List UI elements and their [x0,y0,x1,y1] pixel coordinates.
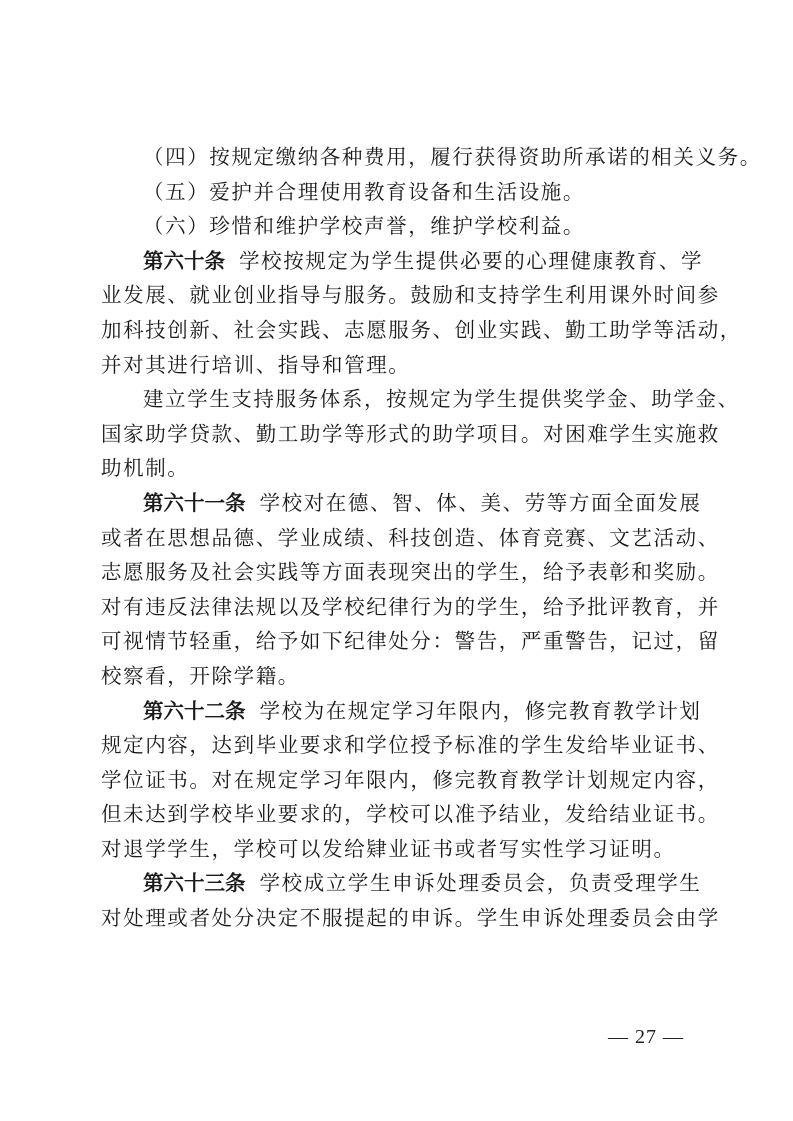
article-60-heading: 第六十条 [143,249,225,273]
article-63-text: 学校成立学生申诉处理委员会，负责受理学生 [260,871,702,895]
page-number: — 27 — [608,1026,688,1049]
article-61-line-4: 对有违反法律法规以及学校纪律行为的学生，给予批评教育，并 [101,590,681,625]
document-page: （四）按规定缴纳各种费用，履行获得资助所承诺的相关义务。 （五）爱护并合理使用教… [101,140,681,936]
article-62-line-4: 但未达到学校毕业要求的，学校可以准予结业，发给结业证书。 [101,797,681,832]
article-60-line-1: 第六十条学校按规定为学生提供必要的心理健康教育、学 [101,244,681,279]
list-item-four: （四）按规定缴纳各种费用，履行获得资助所承诺的相关义务。 [101,140,681,175]
article-63-line-2: 对处理或者处分决定不服提起的申诉。学生申诉处理委员会由学 [101,901,681,936]
article-61-line-1: 第六十一条学校对在德、智、体、美、劳等方面全面发展 [101,486,681,521]
article-60-text: 学校按规定为学生提供必要的心理健康教育、学 [239,249,703,273]
article-61-line-6: 校察看，开除学籍。 [101,659,681,694]
support-paragraph-line-3: 助机制。 [101,451,681,486]
article-62-line-1: 第六十二条学校为在规定学习年限内，修完教育教学计划 [101,694,681,729]
article-61-text: 学校对在德、智、体、美、劳等方面全面发展 [260,491,702,515]
article-62-line-3: 学位证书。对在规定学习年限内，修完教育教学计划规定内容， [101,763,681,798]
article-60-line-2: 业发展、就业创业指导与服务。鼓励和支持学生利用课外时间参 [101,278,681,313]
list-item-six: （六）珍惜和维护学校声誉，维护学校利益。 [101,209,681,244]
article-62-line-5: 对退学学生，学校可以发给肄业证书或者写实性学习证明。 [101,832,681,867]
article-63-heading: 第六十三条 [143,871,246,895]
article-61-line-5: 可视情节轻重，给予如下纪律处分：警告，严重警告，记过，留 [101,624,681,659]
article-60-line-4: 并对其进行培训、指导和管理。 [101,348,681,383]
article-60-line-3: 加科技创新、社会实践、志愿服务、创业实践、勤工助学等活动， [101,313,681,348]
article-61-line-3: 志愿服务及社会实践等方面表现突出的学生，给予表彰和奖励。 [101,555,681,590]
list-item-five: （五）爱护并合理使用教育设备和生活设施。 [101,175,681,210]
article-62-line-2: 规定内容，达到毕业要求和学位授予标准的学生发给毕业证书、 [101,728,681,763]
support-paragraph-line-1: 建立学生支持服务体系，按规定为学生提供奖学金、助学金、 [101,382,681,417]
article-63-line-1: 第六十三条学校成立学生申诉处理委员会，负责受理学生 [101,866,681,901]
article-62-heading: 第六十二条 [143,699,246,723]
article-62-text: 学校为在规定学习年限内，修完教育教学计划 [260,699,702,723]
support-paragraph-line-2: 国家助学贷款、勤工助学等形式的助学项目。对困难学生实施救 [101,417,681,452]
article-61-heading: 第六十一条 [143,491,246,515]
article-61-line-2: 或者在思想品德、学业成绩、科技创造、体育竞赛、文艺活动、 [101,521,681,556]
